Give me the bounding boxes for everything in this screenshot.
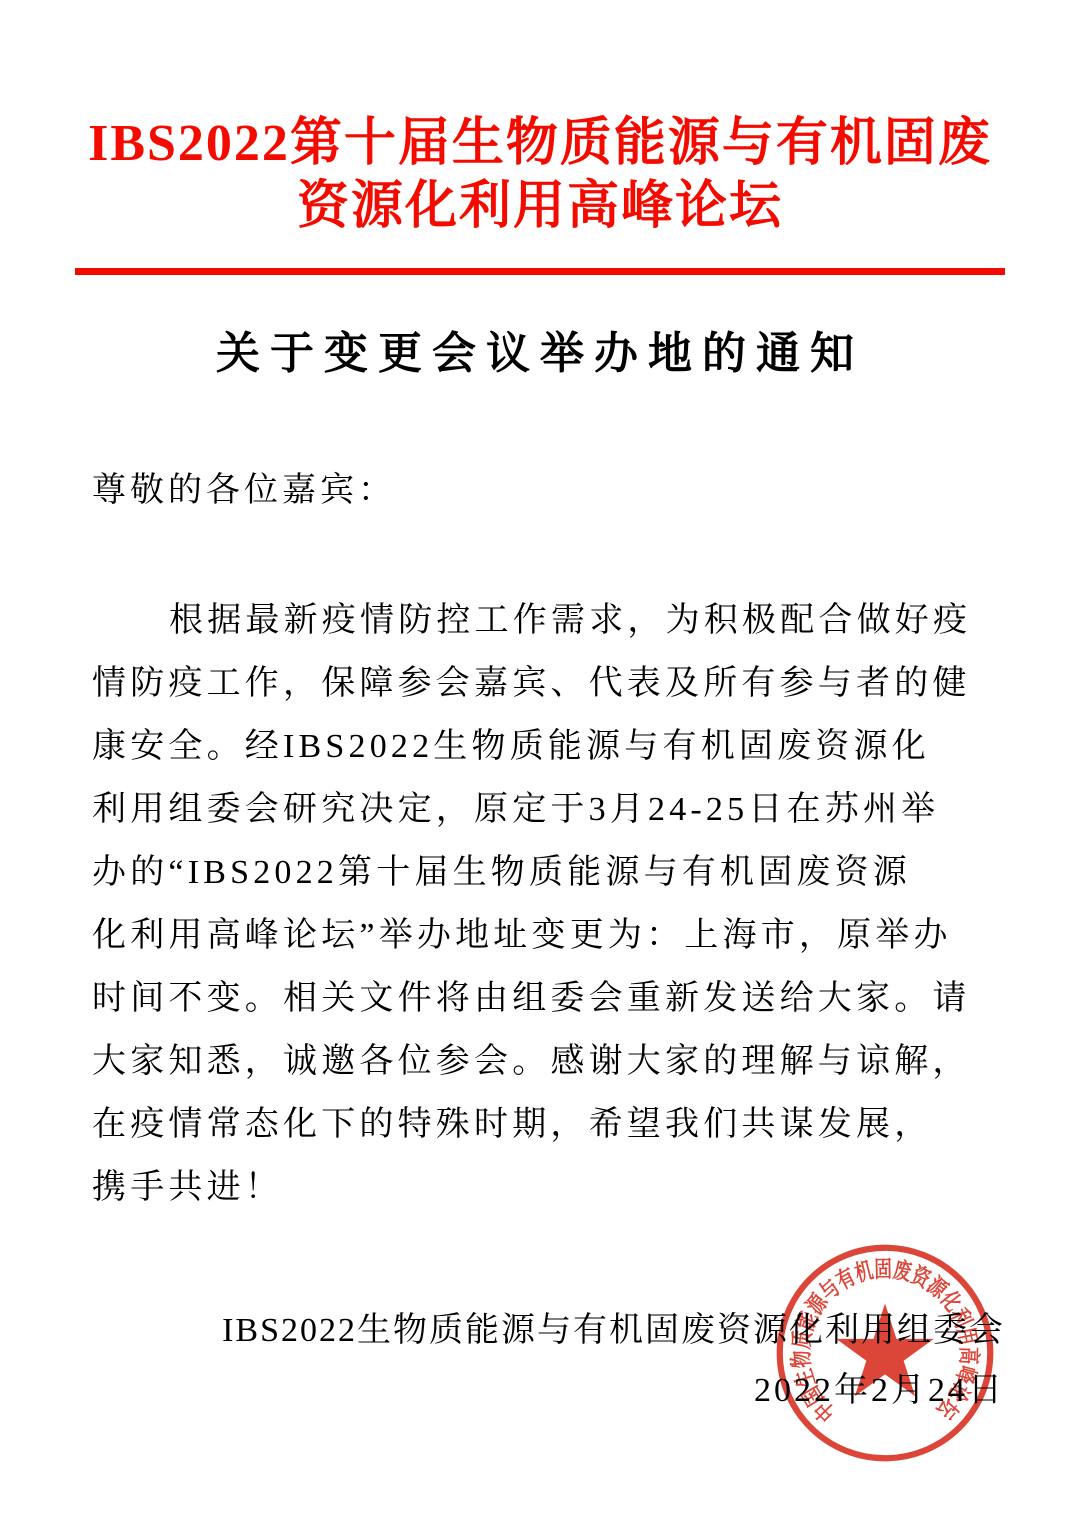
body-line: 时间不变。相关文件将由组委会重新发送给大家。请 <box>92 967 1002 1030</box>
body-line: 情防疫工作，保障参会嘉宾、代表及所有参与者的健 <box>92 652 1002 715</box>
body-line: 根据最新疫情防控工作需求，为积极配合做好疫 <box>92 589 1002 652</box>
notice-heading: 关于变更会议举办地的通知 <box>0 317 1080 381</box>
document-title: IBS2022第十届生物质能源与有机固废 资源化利用高峰论坛 <box>0 112 1080 238</box>
body-line: 大家知悉，诚邀各位参会。感谢大家的理解与谅解， <box>92 1030 1002 1093</box>
signature-date: 2022年2月24日 <box>0 1367 1005 1415</box>
notice-document: IBS2022第十届生物质能源与有机固废 资源化利用高峰论坛 关于变更会议举办地… <box>0 0 1080 1527</box>
salutation: 尊敬的各位嘉宾： <box>92 471 1002 511</box>
document-title-line1: IBS2022第十届生物质能源与有机固废 <box>0 112 1080 175</box>
signature-block: IBS2022生物质能源与有机固废资源化利用组委会 2022年2月24日 <box>0 1307 1005 1415</box>
body-line: 化利用高峰论坛”举办地址变更为：上海市，原举办 <box>92 904 1002 967</box>
body-line: 康安全。经IBS2022生物质能源与有机固废资源化 <box>92 715 1002 778</box>
body-line: 携手共进！ <box>92 1156 1002 1219</box>
body-line: 利用组委会研究决定，原定于3月24-25日在苏州举 <box>92 778 1002 841</box>
document-title-line2: 资源化利用高峰论坛 <box>0 175 1080 238</box>
body-line: 办的“IBS2022第十届生物质能源与有机固废资源 <box>92 841 1002 904</box>
signature-org: IBS2022生物质能源与有机固废资源化利用组委会 <box>0 1307 1005 1355</box>
body-line: 在疫情常态化下的特殊时期，希望我们共谋发展， <box>92 1093 1002 1156</box>
red-divider <box>75 268 1005 275</box>
notice-body: 根据最新疫情防控工作需求，为积极配合做好疫 情防疫工作，保障参会嘉宾、代表及所有… <box>92 589 1002 1219</box>
